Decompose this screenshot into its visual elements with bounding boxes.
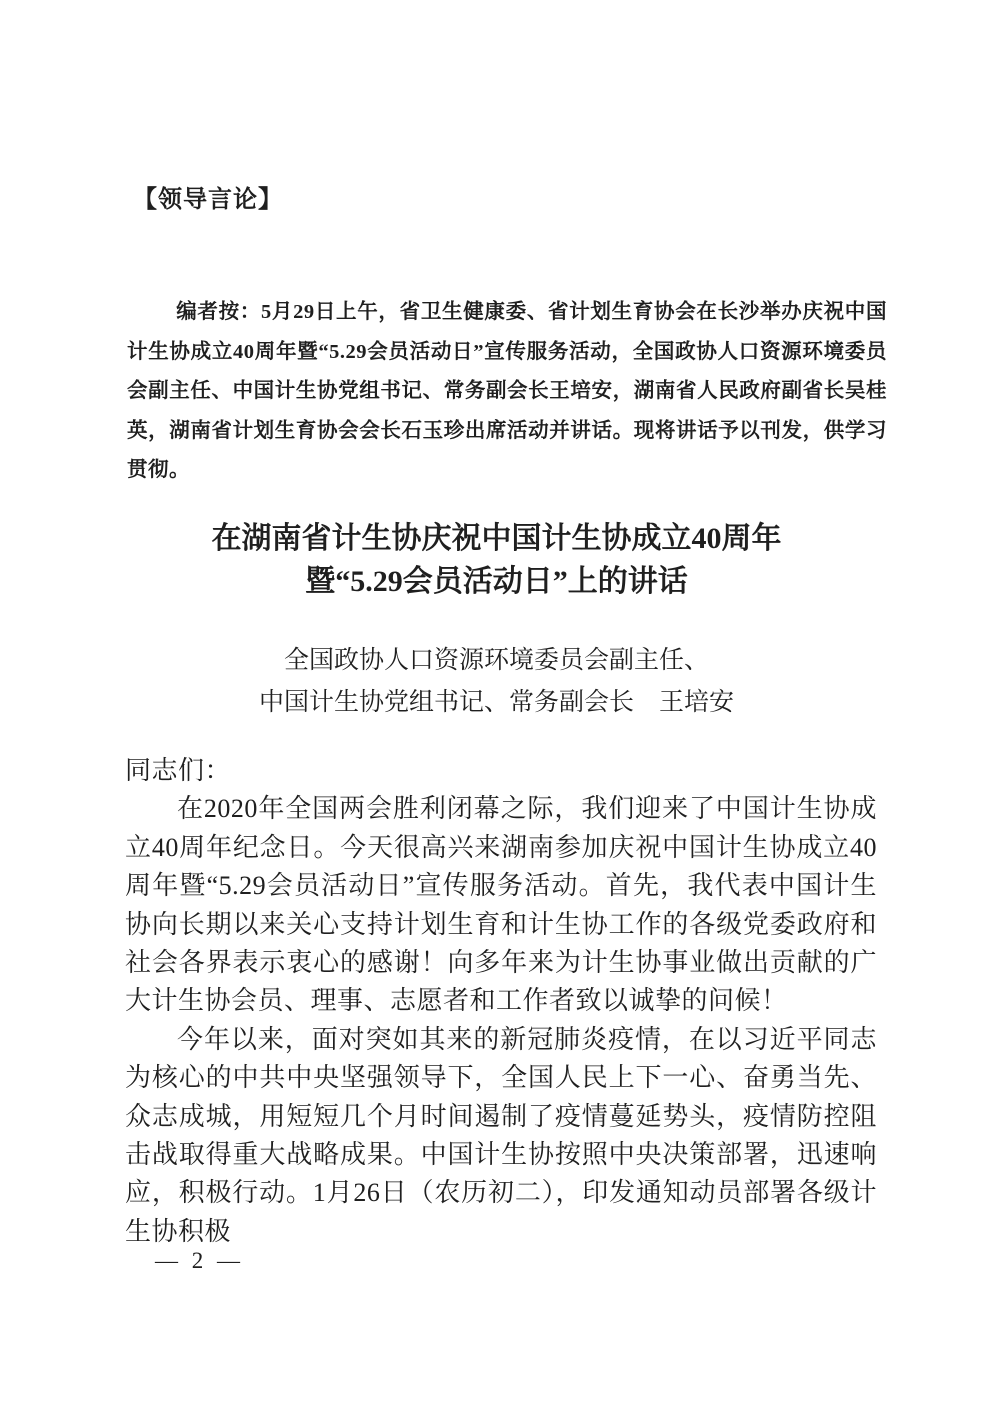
editor-note-text: 5月29日上午，省卫生健康委、省计划生育协会在长沙举办庆祝中国计生协成立40周年… xyxy=(127,301,887,481)
editor-note-label: 编者按： xyxy=(176,301,261,323)
document-title: 在湖南省计生协庆祝中国计生协成立40周年 暨“5.29会员活动日”上的讲话 xyxy=(0,517,993,603)
title-line-1: 在湖南省计生协庆祝中国计生协成立40周年 xyxy=(0,517,993,560)
page-number: — 2 — xyxy=(155,1248,244,1274)
salutation: 同志们： xyxy=(125,752,877,790)
speech-body: 同志们： 在2020年全国两会胜利闭幕之际，我们迎来了中国计生协成立40周年纪念… xyxy=(125,752,877,1251)
author-line-1: 全国政协人口资源环境委员会副主任、 xyxy=(0,640,993,682)
paragraph-2: 今年以来，面对突如其来的新冠肺炎疫情，在以习近平同志为核心的中共中央坚强领导下，… xyxy=(125,1021,877,1251)
paragraph-1: 在2020年全国两会胜利闭幕之际，我们迎来了中国计生协成立40周年纪念日。今天很… xyxy=(125,790,877,1020)
author-block: 全国政协人口资源环境委员会副主任、 中国计生协党组书记、常务副会长 王培安 xyxy=(0,640,993,724)
section-tag: 【领导言论】 xyxy=(133,179,283,214)
title-line-2: 暨“5.29会员活动日”上的讲话 xyxy=(0,560,993,603)
editor-note: 编者按：5月29日上午，省卫生健康委、省计划生育协会在长沙举办庆祝中国计生协成立… xyxy=(127,293,887,491)
author-line-2: 中国计生协党组书记、常务副会长 王培安 xyxy=(0,682,993,724)
document-page: 【领导言论】 编者按：5月29日上午，省卫生健康委、省计划生育协会在长沙举办庆祝… xyxy=(0,0,993,1403)
